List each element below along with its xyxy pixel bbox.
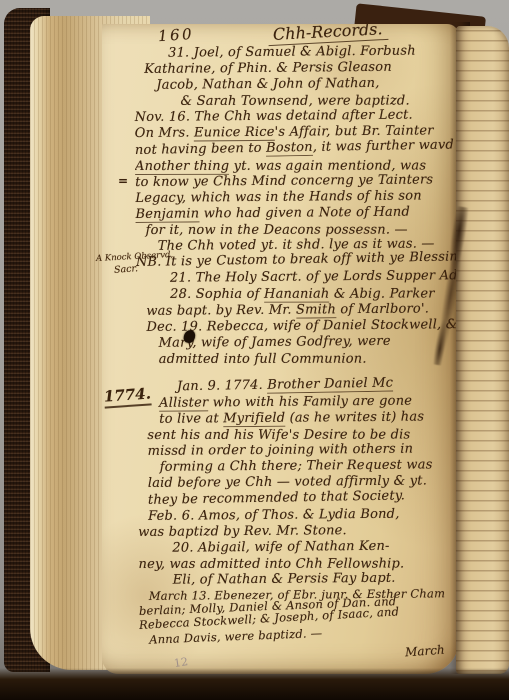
underlined-word: Brother Daniel Mc [267,375,393,393]
photo-background: 160 Chh-Records. = A Knock Observd, Sacr… [0,0,509,700]
manuscript-line: admitted into full Communion. [137,351,460,368]
next-page-edge [456,26,509,674]
margin-note-sacr: Sacr. [114,263,139,276]
underlined-word: Smith [296,302,336,318]
manuscript-line: Benjamin who had given a Note of Hand [135,204,458,223]
manuscript-line: for it, now in the Deacons possessn. — [136,222,459,239]
manuscript-line: sent his and his Wife's Desire to be dis [137,428,460,445]
manuscript-line: 21. The Holy Sacrt. of ye Lords Supper A… [136,268,459,287]
underlined-word: Myrifield [223,411,285,428]
underlined-word: Eunice Rice [194,125,275,142]
underlined-word: Allister [159,395,208,411]
bottom-shadow [0,668,509,700]
manuscript-line: Another thing yt. was again mentiond, wa… [135,158,458,175]
manuscript-line: 31. Joel, of Samuel & Abigl. Forbush [134,43,457,62]
manuscript-line: 28. Sophia of Hananiah & Abig. Parker [136,287,459,304]
manuscript-line: to live at Myrifield (as he writes it) h… [137,409,460,428]
record-book: 160 Chh-Records. = A Knock Observd, Sacr… [4,6,509,678]
margin-mark: = [118,174,128,188]
manuscript-page: 160 Chh-Records. = A Knock Observd, Sacr… [102,24,459,674]
underlined-word: Another thing [135,158,229,174]
manuscript-text-block: 31. Joel, of Samuel & Abigl. ForbushKath… [134,43,462,647]
catchword: March [405,643,446,660]
manuscript-line: Jacob, Nathan & John of Nathan, [134,75,457,94]
manuscript-line: & Sarah Townsend, were baptizd. [134,94,457,111]
underlined-word: Boston [266,139,313,156]
underlined-word: Hananiah [264,287,329,303]
page-header: Chh-Records. [268,19,388,46]
manuscript-line: 20. Abigail, wife of Nathan Ken- [138,538,461,557]
page-number: 160 [157,25,194,45]
manuscript-line: ney, was admitted into Chh Fellowship. [139,556,462,573]
underlined-word: Benjamin [135,206,199,223]
